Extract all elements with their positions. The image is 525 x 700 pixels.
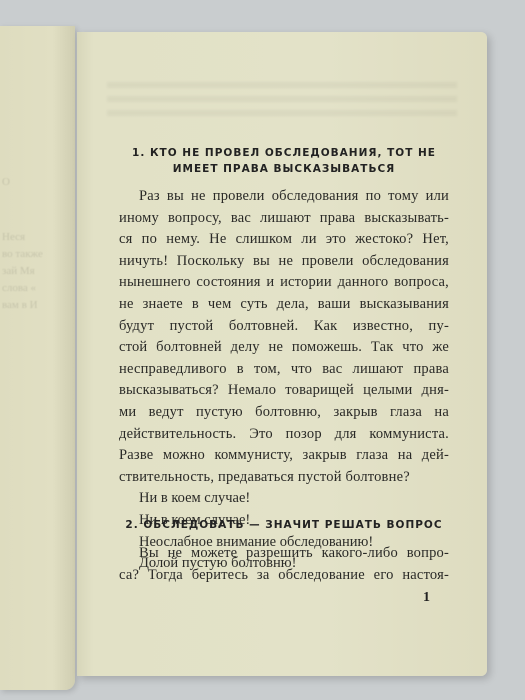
text-line: нынешнего состояния и истории данного во… bbox=[119, 272, 449, 294]
text-line: ствительность, предаваться пустой болтов… bbox=[119, 467, 449, 489]
text-line: не знаете в чем суть дела, ваши высказыв… bbox=[119, 294, 449, 316]
section-heading-line: ИМЕЕТ ПРАВА ВЫСКАЗЫВАТЬСЯ bbox=[119, 161, 449, 177]
text-line: иному вопросу, вас лишают права высказыв… bbox=[119, 208, 449, 230]
book-page: 1. КТО НЕ ПРОВЕЛ ОБСЛЕДОВАНИЯ, ТОТ НЕ ИМ… bbox=[77, 32, 487, 676]
text-line: действительность. Это позор для коммунис… bbox=[119, 424, 449, 446]
text-line: Разве можно коммунисту, закрыв глаза на … bbox=[119, 445, 449, 467]
text-line: будут пустой болтовней. Как известно, пу… bbox=[119, 316, 449, 338]
left-page-ghost-text: во также bbox=[2, 248, 43, 260]
paragraph: Раз вы не провели обследования по тому и… bbox=[119, 186, 449, 488]
section-heading: 2. ОБСЛЕДОВАТЬ — ЗНАЧИТ РЕШАТЬ ВОПРОС bbox=[119, 517, 449, 533]
text-line: са? Тогда беритесь за обследование его н… bbox=[119, 565, 449, 587]
left-page-ghost-text: вам в И bbox=[2, 299, 38, 311]
page-number: 1 bbox=[423, 590, 430, 606]
left-page: О Неся во также зай Мя слова « вам в И bbox=[0, 26, 75, 690]
left-page-ghost-text: слова « bbox=[2, 282, 36, 294]
text-line: Раз вы не провели обследования по тому и… bbox=[119, 186, 449, 208]
slogan: Ни в коем случае! bbox=[119, 488, 449, 510]
left-page-ghost-text: О bbox=[2, 176, 10, 188]
text-line: ся по нему. Не слишком ли это жестоко? Н… bbox=[119, 229, 449, 251]
show-through-text bbox=[107, 82, 457, 122]
section-2: 2. ОБСЛЕДОВАТЬ — ЗНАЧИТ РЕШАТЬ ВОПРОС Вы… bbox=[119, 517, 449, 586]
text-line: ми ведут пустую болтовню, закрыв глаза н… bbox=[119, 402, 449, 424]
section-heading: 1. КТО НЕ ПРОВЕЛ ОБСЛЕДОВАНИЯ, ТОТ НЕ ИМ… bbox=[119, 145, 449, 177]
text-line: высказываться? Немало товарищей целыми д… bbox=[119, 380, 449, 402]
text-line: несправедливого в том, что вас лишают пр… bbox=[119, 359, 449, 381]
text-line: Вы не можете разрешить какого-либо вопро… bbox=[119, 543, 449, 565]
left-page-ghost-text: зай Мя bbox=[2, 265, 35, 277]
section-heading-line: 1. КТО НЕ ПРОВЕЛ ОБСЛЕДОВАНИЯ, ТОТ НЕ bbox=[119, 145, 449, 161]
section-1: 1. КТО НЕ ПРОВЕЛ ОБСЛЕДОВАНИЯ, ТОТ НЕ ИМ… bbox=[119, 145, 449, 575]
text-line: ничуть! Поскольку вы не провели обследов… bbox=[119, 251, 449, 273]
left-page-ghost-text: Неся bbox=[2, 231, 25, 243]
text-line: стой болтовней делу не поможешь. Так что… bbox=[119, 337, 449, 359]
paragraph: Вы не можете разрешить какого-либо вопро… bbox=[119, 543, 449, 586]
